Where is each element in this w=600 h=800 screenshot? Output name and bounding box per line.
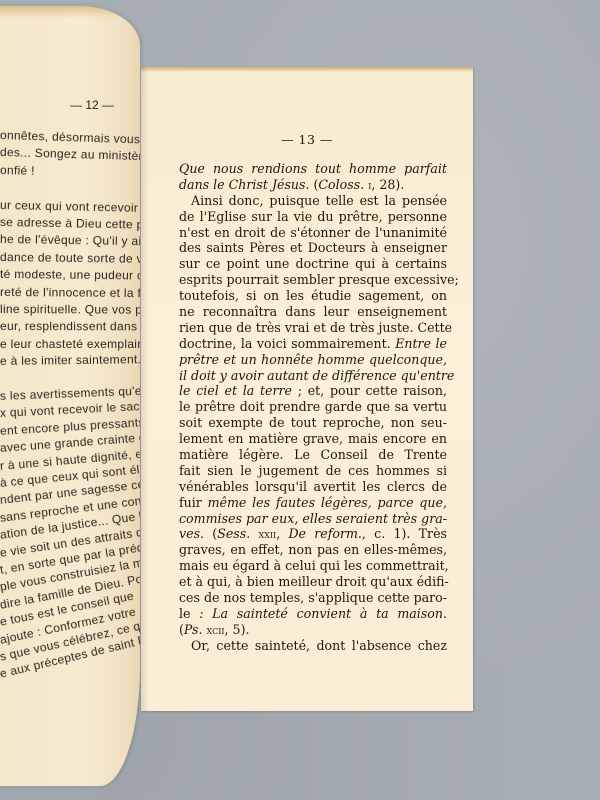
text-segment: : La sainteté convient à ta maison (199, 606, 443, 621)
text-segment: , 5). (225, 622, 250, 637)
text-segment: . ( (200, 526, 217, 541)
text-segment: de l'Eglise sur la vie du prêtre, person… (179, 209, 447, 224)
text-segment: , 28). (371, 177, 404, 192)
text-line: ne reconnaîtra dans leur enseignement (179, 304, 447, 320)
left-text-line: se adresse à Dieu cette prière (0, 215, 140, 232)
text-line: Ainsi donc, puisque telle est la pensée (179, 193, 447, 209)
text-line: prêtre et un honnête homme quelconque, (179, 352, 447, 368)
left-text-line: e à les imiter saintement. (0, 352, 140, 368)
right-page-number: — 13 — (141, 132, 473, 147)
text-segment: le prêtre doit prendre garde que sa vert… (179, 399, 447, 414)
text-segment: même les fautes légères, parce que, (208, 495, 447, 510)
text-line: matière légère. Le Conseil de Trente (179, 447, 447, 463)
text-segment: le ciel et la terre (179, 383, 292, 398)
text-segment: sur ce point une doctrine qui à certains (179, 256, 447, 271)
text-segment: lement en matière grave, mais encore en (179, 431, 447, 446)
text-line: commises par eux, elles seraient très gr… (179, 511, 447, 527)
left-text-line: line spirituelle. Que vos pré (0, 302, 140, 317)
left-text-line: e leur chasteté exemplaire (0, 337, 140, 351)
left-text-line: dance de toute sorte de vertu (0, 250, 140, 266)
text-line: (Ps. xcii, 5). (179, 622, 447, 638)
text-segment: doctrine, la voici sommairement. (179, 336, 395, 351)
text-segment: esprits pourrait sembler presque excessi… (179, 272, 459, 287)
text-segment: De reform (288, 526, 357, 541)
text-segment: xxii (258, 527, 276, 541)
text-segment: . (246, 526, 258, 541)
right-page: — 13 — Que nous rendions tout homme parf… (141, 67, 473, 711)
text-line: des saints Pères et Docteurs à enseigner (179, 240, 447, 256)
left-text-line: reté de l'innocence et la fidél (0, 285, 140, 300)
text-segment: mais eu égard à celui qui les commettrai… (179, 558, 449, 573)
text-segment: Que nous rendions tout homme parfait (179, 161, 447, 176)
text-segment: vénérables lorsqu'il avertit les clercs … (179, 479, 447, 494)
text-segment: des saints Pères et Docteurs à enseigner (179, 240, 447, 255)
left-text-line: té modeste, une pudeur cons (0, 267, 140, 283)
text-line: lement en matière grave, mais encore en (179, 431, 447, 447)
text-segment: fuir (179, 495, 208, 510)
text-line: de l'Eglise sur la vie du prêtre, person… (179, 209, 447, 225)
text-segment: Entre le (395, 336, 447, 351)
text-segment: ces de nos temples, s'applique cette par… (179, 590, 447, 605)
text-segment: ; et, pour cette raison, (292, 383, 447, 398)
text-segment: et à qui, à bien meilleur droit qu'aux é… (179, 574, 449, 589)
left-text-line: eur, resplendissent dans leurs (0, 319, 140, 333)
text-line: n'est en droit de s'étonner de l'unanimi… (179, 225, 447, 241)
text-segment: rien que de très vrai et de très juste. … (179, 320, 452, 335)
text-line: et à qui, à bien meilleur droit qu'aux é… (179, 574, 447, 590)
left-page-number: — 12 — (70, 98, 114, 112)
text-segment: fait sien le jugement de ces hommes si (179, 463, 447, 478)
text-line: mais eu égard à celui qui les commettrai… (179, 558, 447, 574)
text-segment: Ps (184, 622, 199, 637)
text-segment: . ( (306, 177, 319, 192)
text-line: fuir même les fautes légères, parce que, (179, 495, 447, 511)
text-line: soit exempte de tout reproche, non seu- (179, 415, 447, 431)
text-segment: soit exempte de tout reproche, non seu- (179, 415, 447, 430)
text-line: toutefois, si on les étudie sagement, on (179, 288, 447, 304)
text-segment: . (443, 606, 447, 621)
left-page: — 12 — onnêtes, désormais vous devezdes.… (0, 6, 140, 786)
text-segment: prêtre et un honnête homme quelconque, (179, 352, 447, 367)
text-line: vénérables lorsqu'il avertit les clercs … (179, 479, 447, 495)
text-segment: toutefois, si on les étudie sagement, on (179, 288, 447, 303)
text-line: il doit y avoir autant de différence qu'… (179, 368, 447, 384)
text-line: le ciel et la terre ; et, pour cette rai… (179, 383, 447, 399)
text-line: le : La sainteté convient à ta maison. (179, 606, 447, 622)
left-text-line: onfié ! (0, 163, 35, 178)
text-line: esprits pourrait sembler presque excessi… (179, 272, 447, 288)
text-segment: il doit y avoir autant de différence qu'… (179, 368, 454, 383)
text-segment: Sess (217, 526, 246, 541)
text-line: rien que de très vrai et de très juste. … (179, 320, 447, 336)
text-segment: ne reconnaîtra dans leur enseignement (179, 304, 447, 319)
text-segment: , (276, 526, 288, 541)
text-segment: Or, cette sainteté, dont l'absence chez (191, 638, 447, 653)
right-page-body-text: Que nous rendions tout homme parfaitdans… (179, 161, 447, 654)
text-segment: commises par eux, elles seraient très gr… (179, 511, 447, 526)
text-segment: ., c. 1). Très (358, 526, 447, 541)
text-segment: ves (179, 526, 200, 541)
text-line: doctrine, la voici sommairement. Entre l… (179, 336, 447, 352)
left-text-line: he de l'évêque : Qu'il y ait en (0, 232, 140, 249)
left-text-line: des... Songez au ministère qui (0, 145, 140, 164)
text-segment: . (199, 622, 207, 637)
text-segment: dans le Christ Jésus (179, 177, 306, 192)
text-line: ves. (Sess. xxii, De reform., c. 1). Trè… (179, 526, 447, 542)
text-line: dans le Christ Jésus. (Coloss. i, 28). (179, 177, 447, 193)
text-line: ces de nos temples, s'applique cette par… (179, 590, 447, 606)
left-text-line: ur ceux qui vont recevoir le diaco (0, 198, 140, 216)
text-segment: . (360, 177, 368, 192)
text-line: Or, cette sainteté, dont l'absence chez (179, 638, 447, 654)
text-segment: le (179, 606, 199, 621)
text-segment: matière légère. Le Conseil de Trente (179, 447, 447, 462)
text-line: Que nous rendions tout homme parfait (179, 161, 447, 177)
text-segment: Ainsi donc, puisque telle est la pensée (191, 193, 447, 208)
text-line: sur ce point une doctrine qui à certains (179, 256, 447, 272)
text-line: graves, en effet, non pas en elles-mêmes… (179, 542, 447, 558)
text-line: fait sien le jugement de ces hommes si (179, 463, 447, 479)
text-segment: graves, en effet, non pas en elles-mêmes… (179, 542, 447, 557)
text-segment: Coloss (318, 177, 360, 192)
text-segment: n'est en droit de s'étonner de l'unanimi… (179, 225, 447, 240)
text-line: le prêtre doit prendre garde que sa vert… (179, 399, 447, 415)
text-segment: xcii (207, 623, 225, 637)
